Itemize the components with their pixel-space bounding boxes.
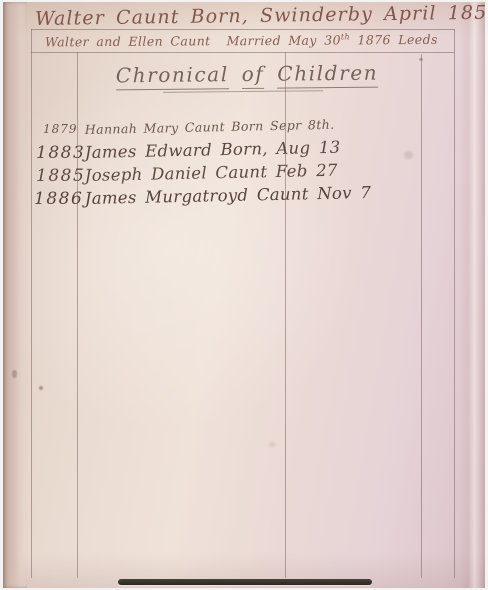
entry-text: Hannah Mary Caunt Born Sepr 8th. (85, 117, 335, 137)
ruled-line-left-margin (31, 29, 32, 578)
section-title-word3: Children (277, 61, 378, 89)
ruled-line-right-column (421, 54, 422, 578)
ruled-line-header-bottom (31, 52, 454, 53)
birth-record-line: Walter Caunt Born, Swinderby April 1851 (35, 2, 459, 30)
entry-text: James Murgatroyd Caunt Nov 7 (85, 183, 372, 208)
ruled-line-header-top (31, 29, 455, 30)
book-bottom-edge (118, 579, 372, 585)
section-title-word1: Chronical (116, 62, 229, 90)
book-binding-edge (3, 2, 27, 588)
entry-year: 1879 (43, 122, 78, 136)
stain-mark (269, 442, 276, 447)
entry-text: Joseph Daniel Caunt Feb 27 (85, 161, 338, 185)
entry-year: 1883 (36, 143, 85, 163)
stain-mark (404, 151, 413, 159)
ledger-page-photo: Walter Caunt Born, Swinderby April 1851 … (3, 2, 485, 588)
entry-year: 1886 (34, 189, 83, 209)
section-title-word2: of (242, 62, 265, 89)
entry-year: 1885 (36, 166, 85, 186)
stain-mark (12, 370, 17, 378)
marriage-couple-text: Walter and Ellen Caunt (45, 33, 211, 49)
page-right-edge (459, 2, 485, 588)
marriage-superscript: th (341, 32, 350, 41)
stain-mark (419, 58, 423, 61)
marriage-date-text: Married May 30th 1876 Leeds (226, 32, 437, 49)
stain-mark (39, 386, 43, 390)
entry-text: James Edward Born, Aug 13 (85, 138, 341, 162)
section-title: Chronical of Children (111, 61, 383, 91)
ruled-line-right-margin (454, 29, 455, 578)
marriage-record-line: Walter and Ellen Caunt Married May 30th … (45, 32, 449, 50)
